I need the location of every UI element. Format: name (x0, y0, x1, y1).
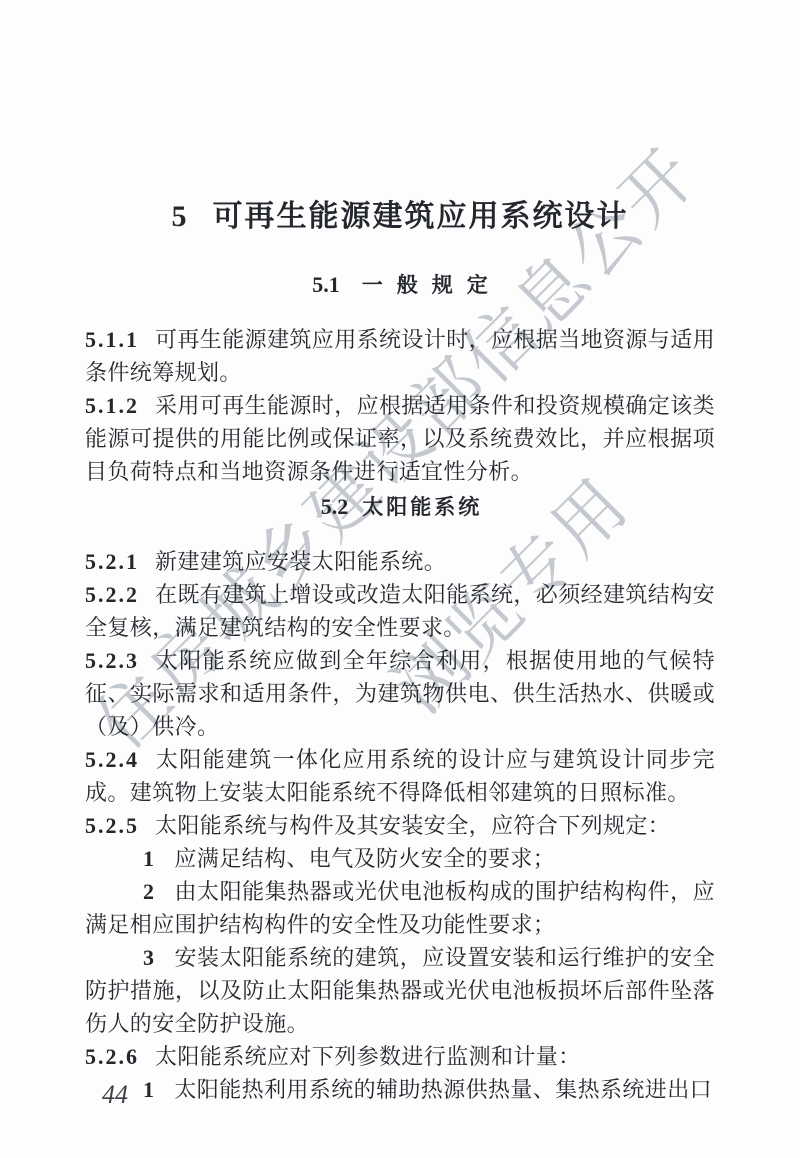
section-5-2-title: 太阳能系统 (362, 496, 482, 519)
clause-5-1-2: 5.1.2采用可再生能源时，应根据适用条件和投资规模确定该类能源可提供的用能比例… (85, 389, 715, 488)
clause-5-2-1: 5.2.1新建建筑应安装太阳能系统。 (85, 545, 715, 578)
section-heading-5-2: 5.2太阳能系统 (85, 494, 715, 521)
item-number: 2 (143, 879, 154, 904)
clause-5-2-6-item-1: 1太阳能热利用系统的辅助热源供热量、集热系统进出口 (85, 1073, 715, 1106)
clause-text: 采用可再生能源时，应根据适用条件和投资规模确定该类能源可提供的用能比例或保证率，… (85, 393, 715, 484)
item-text: 由太阳能集热器或光伏电池板构成的围护结构构件，应满足相应围护结构构件的安全性及功… (85, 879, 715, 937)
section-5-1-title: 一般规定 (362, 274, 502, 297)
item-text: 安装太阳能系统的建筑，应设置安装和运行维护的安全防护措施，以及防止太阳能集热器或… (85, 945, 715, 1036)
page-number: 44 (102, 1080, 128, 1110)
clause-5-2-5-item-2: 2由太阳能集热器或光伏电池板构成的围护结构构件，应满足相应围护结构构件的安全性及… (85, 875, 715, 941)
chapter-heading: 5可再生能源建筑应用系统设计 (85, 200, 715, 234)
clause-number: 5.2.5 (85, 813, 139, 838)
clause-5-2-2: 5.2.2在既有建筑上增设或改造太阳能系统，必须经建筑结构安全复核，满足建筑结构… (85, 578, 715, 644)
clause-number: 5.1.2 (85, 393, 139, 418)
page-content: 5可再生能源建筑应用系统设计 5.1一般规定 5.1.1可再生能源建筑应用系统设… (85, 0, 715, 1106)
section-5-2-number: 5.2 (321, 494, 349, 519)
section-5-1-number: 5.1 (312, 272, 340, 297)
clause-number: 5.2.1 (85, 549, 139, 574)
clause-number: 5.2.3 (85, 648, 139, 673)
clause-text: 太阳能系统应对下列参数进行监测和计量： (155, 1044, 581, 1069)
document-page: 住房城乡建设部信息公开 浏览专用 5可再生能源建筑应用系统设计 5.1一般规定 … (0, 0, 800, 1158)
clause-5-2-5-item-3: 3安装太阳能系统的建筑，应设置安装和运行维护的安全防护措施，以及防止太阳能集热器… (85, 941, 715, 1040)
clause-number: 5.1.1 (85, 327, 139, 352)
clause-text: 太阳能系统应做到全年综合利用，根据使用地的气候特征、实际需求和适用条件，为建筑物… (85, 648, 715, 739)
clause-5-2-4: 5.2.4太阳能建筑一体化应用系统的设计应与建筑设计同步完成。建筑物上安装太阳能… (85, 743, 715, 809)
section-heading-5-1: 5.1一般规定 (85, 272, 715, 299)
chapter-title-text: 可再生能源建筑应用系统设计 (213, 200, 629, 233)
clause-text: 在既有建筑上增设或改造太阳能系统，必须经建筑结构安全复核，满足建筑结构的安全性要… (85, 582, 715, 640)
clause-text: 可再生能源建筑应用系统设计时，应根据当地资源与适用条件统筹规划。 (85, 327, 715, 385)
clause-number: 5.2.2 (85, 582, 139, 607)
clause-number: 5.2.4 (85, 747, 139, 772)
item-number: 1 (143, 1077, 154, 1102)
clause-5-2-5: 5.2.5太阳能系统与构件及其安装安全，应符合下列规定： (85, 809, 715, 842)
clause-number: 5.2.6 (85, 1044, 139, 1069)
chapter-number: 5 (172, 200, 187, 233)
clause-5-2-5-item-1: 1应满足结构、电气及防火安全的要求； (85, 842, 715, 875)
item-number: 1 (143, 846, 154, 871)
item-text: 应满足结构、电气及防火安全的要求； (174, 846, 555, 871)
clause-text: 太阳能建筑一体化应用系统的设计应与建筑设计同步完成。建筑物上安装太阳能系统不得降… (85, 747, 715, 805)
clause-text: 太阳能系统与构件及其安装安全，应符合下列规定： (155, 813, 670, 838)
clause-5-2-6: 5.2.6太阳能系统应对下列参数进行监测和计量： (85, 1040, 715, 1073)
item-text: 太阳能热利用系统的辅助热源供热量、集热系统进出口 (174, 1077, 712, 1102)
item-number: 3 (143, 945, 154, 970)
clause-text: 新建建筑应安装太阳能系统。 (155, 549, 446, 574)
clause-5-1-1: 5.1.1可再生能源建筑应用系统设计时，应根据当地资源与适用条件统筹规划。 (85, 323, 715, 389)
clause-5-2-3: 5.2.3太阳能系统应做到全年综合利用，根据使用地的气候特征、实际需求和适用条件… (85, 644, 715, 743)
